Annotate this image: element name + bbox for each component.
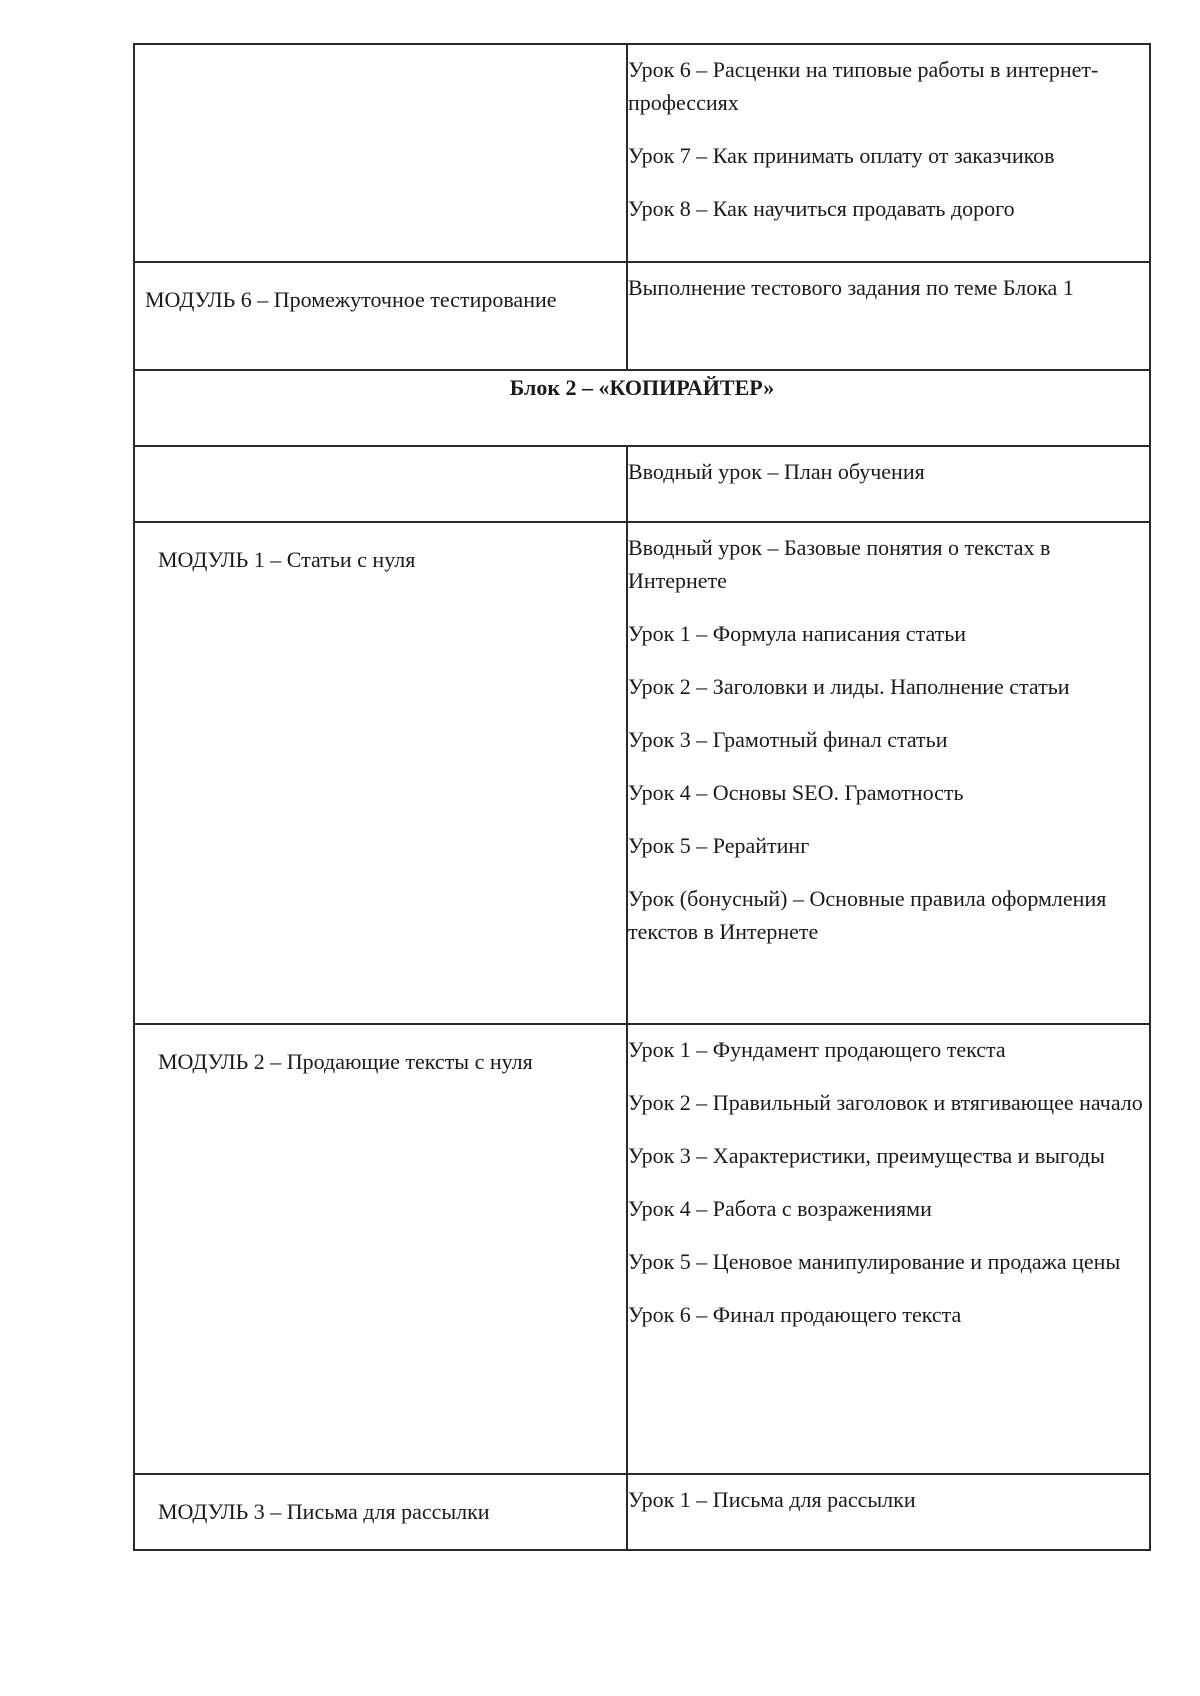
lesson-item: Урок 5 – Ценовое манипулирование и прода…	[628, 1245, 1149, 1278]
lesson-item: Урок 6 – Финал продающего текста	[628, 1298, 1149, 1331]
lessons-cell: Выполнение тестового задания по теме Бло…	[627, 262, 1150, 370]
module-cell	[134, 44, 627, 262]
lesson-item: Урок 8 – Как научиться продавать дорого	[628, 192, 1149, 225]
lesson-item: Урок 4 – Основы SEO. Грамотность	[628, 776, 1149, 809]
module-title	[135, 447, 626, 467]
lesson-item: Выполнение тестового задания по теме Бло…	[628, 271, 1149, 304]
module-cell: МОДУЛЬ 1 – Статьи с нуля	[134, 522, 627, 1024]
lesson-item: Урок 5 – Рерайтинг	[628, 829, 1149, 862]
lessons-cell: Урок 1 – Фундамент продающего текстаУрок…	[627, 1024, 1150, 1474]
module-row: МОДУЛЬ 6 – Промежуточное тестированиеВып…	[134, 262, 1150, 370]
lessons-cell: Вводный урок – Базовые понятия о текстах…	[627, 522, 1150, 1024]
module-row: МОДУЛЬ 1 – Статьи с нуляВводный урок – Б…	[134, 522, 1150, 1024]
lesson-item: Урок 1 – Письма для рассылки	[628, 1483, 1149, 1516]
lessons-cell: Урок 1 – Письма для рассылки	[627, 1474, 1150, 1550]
module-title: МОДУЛЬ 1 – Статьи с нуля	[135, 523, 626, 576]
module-cell: МОДУЛЬ 3 – Письма для рассылки	[134, 1474, 627, 1550]
lesson-item: Урок 2 – Заголовки и лиды. Наполнение ст…	[628, 670, 1149, 703]
lesson-item: Урок 1 – Формула написания статьи	[628, 617, 1149, 650]
curriculum-table-body: Урок 6 – Расценки на типовые работы в ин…	[134, 44, 1150, 1550]
lesson-item: Урок 4 – Работа с возражениями	[628, 1192, 1149, 1225]
lesson-item: Урок 3 – Грамотный финал статьи	[628, 723, 1149, 756]
module-row: Вводный урок – План обучения	[134, 446, 1150, 522]
lesson-item: Урок 2 – Правильный заголовок и втягиваю…	[628, 1086, 1149, 1119]
module-row: Урок 6 – Расценки на типовые работы в ин…	[134, 44, 1150, 262]
lesson-item: Урок (бонусный) – Основные правила оформ…	[628, 882, 1149, 948]
lesson-item: Вводный урок – Базовые понятия о текстах…	[628, 531, 1149, 597]
curriculum-table: Урок 6 – Расценки на типовые работы в ин…	[133, 43, 1151, 1551]
block-title: Блок 2 – «КОПИРАЙТЕР»	[134, 370, 1150, 446]
module-title: МОДУЛЬ 6 – Промежуточное тестирование	[135, 263, 626, 316]
module-row: МОДУЛЬ 2 – Продающие тексты с нуляУрок 1…	[134, 1024, 1150, 1474]
block-header-row: Блок 2 – «КОПИРАЙТЕР»	[134, 370, 1150, 446]
lesson-item: Урок 6 – Расценки на типовые работы в ин…	[628, 53, 1149, 119]
module-cell	[134, 446, 627, 522]
module-cell: МОДУЛЬ 6 – Промежуточное тестирование	[134, 262, 627, 370]
lesson-item: Вводный урок – План обучения	[628, 455, 1149, 488]
module-row: МОДУЛЬ 3 – Письма для рассылкиУрок 1 – П…	[134, 1474, 1150, 1550]
lesson-item: Урок 1 – Фундамент продающего текста	[628, 1033, 1149, 1066]
lessons-cell: Урок 6 – Расценки на типовые работы в ин…	[627, 44, 1150, 262]
lesson-item: Урок 3 – Характеристики, преимущества и …	[628, 1139, 1149, 1172]
module-cell: МОДУЛЬ 2 – Продающие тексты с нуля	[134, 1024, 627, 1474]
module-title: МОДУЛЬ 2 – Продающие тексты с нуля	[135, 1025, 626, 1078]
module-title	[135, 45, 626, 65]
module-title: МОДУЛЬ 3 – Письма для рассылки	[135, 1475, 626, 1528]
lessons-cell: Вводный урок – План обучения	[627, 446, 1150, 522]
lesson-item: Урок 7 – Как принимать оплату от заказчи…	[628, 139, 1149, 172]
